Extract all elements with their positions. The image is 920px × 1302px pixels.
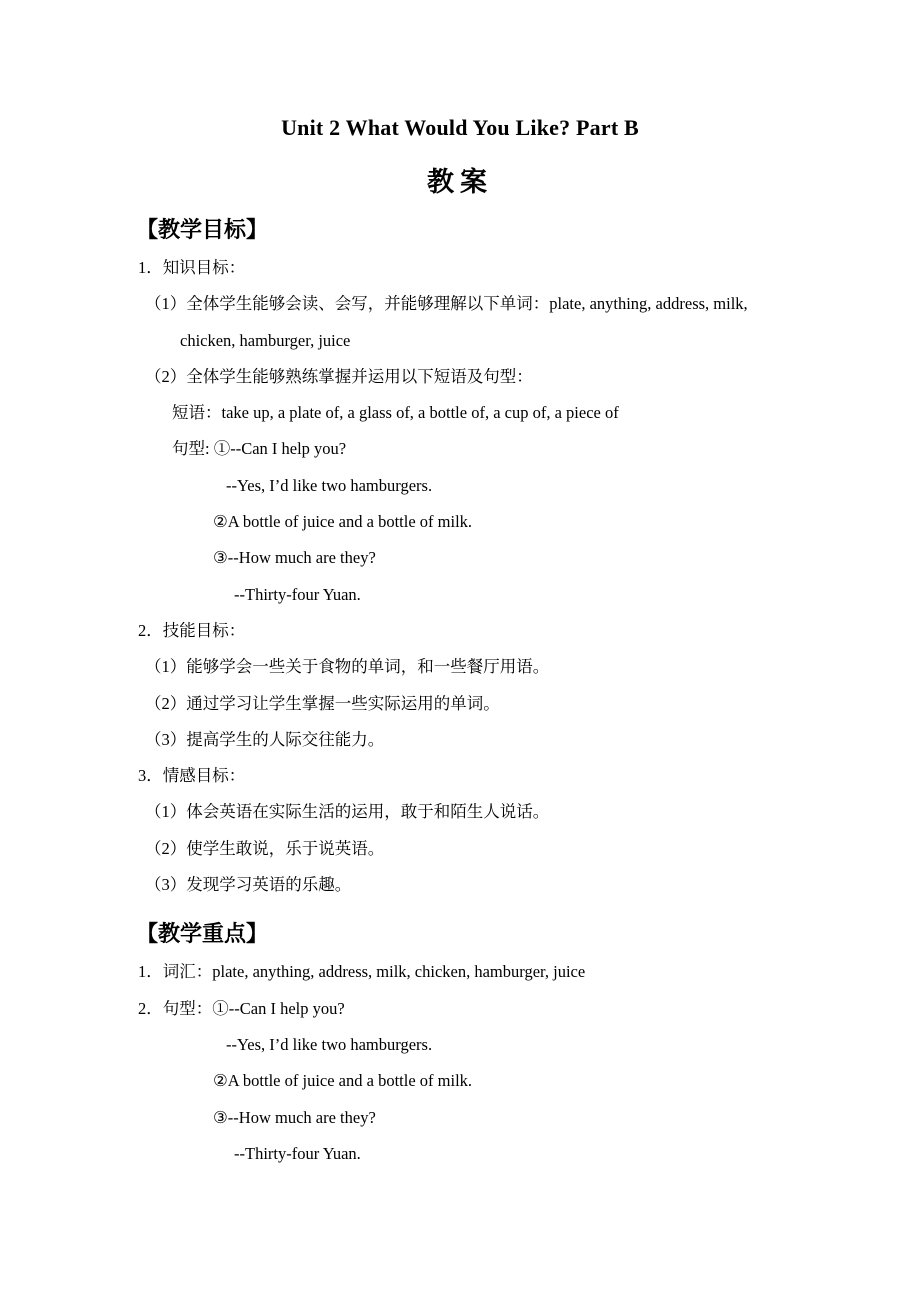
document-line: （2）通过学习让学生掌握一些实际运用的单词。 <box>0 686 920 722</box>
document-body: 【教学目标】1．知识目标：（1）全体学生能够会读、会写，并能够理解以下单词：pl… <box>0 214 920 1172</box>
document-line: ②A bottle of juice and a bottle of milk. <box>0 504 920 540</box>
document-line: --Thirty-four Yuan. <box>0 577 920 613</box>
document-page: Unit 2 What Would You Like? Part B 教案 【教… <box>0 0 920 1302</box>
document-line: （3）提高学生的人际交往能力。 <box>0 722 920 758</box>
document-line: 1．词汇：plate, anything, address, milk, chi… <box>0 954 920 990</box>
document-line: chicken, hamburger, juice <box>0 323 920 359</box>
document-line: --Yes, I’d like two hamburgers. <box>0 468 920 504</box>
document-line: （3）发现学习英语的乐趣。 <box>0 867 920 903</box>
document-line: 句型: ①--Can I help you? <box>0 431 920 467</box>
document-line: ③--How much are they? <box>0 540 920 576</box>
section: 【教学重点】1．词汇：plate, anything, address, mil… <box>0 918 920 1172</box>
section-lines: 1．知识目标：（1）全体学生能够会读、会写，并能够理解以下单词：plate, a… <box>0 250 920 903</box>
document-line: 3．情感目标： <box>0 758 920 794</box>
document-line: （2）使学生敢说，乐于说英语。 <box>0 831 920 867</box>
section-heading: 【教学目标】 <box>0 214 920 245</box>
document-line: 2．句型：①--Can I help you? <box>0 991 920 1027</box>
document-line: （1）全体学生能够会读、会写，并能够理解以下单词：plate, anything… <box>0 286 920 322</box>
document-line: ②A bottle of juice and a bottle of milk. <box>0 1063 920 1099</box>
document-line: （2）全体学生能够熟练掌握并运用以下短语及句型： <box>0 359 920 395</box>
document-line: （1）体会英语在实际生活的运用，敢于和陌生人说话。 <box>0 794 920 830</box>
section-lines: 1．词汇：plate, anything, address, milk, chi… <box>0 954 920 1172</box>
document-line: （1）能够学会一些关于食物的单词，和一些餐厅用语。 <box>0 649 920 685</box>
document-line: 1．知识目标： <box>0 250 920 286</box>
document-title: Unit 2 What Would You Like? Part B <box>0 0 920 142</box>
document-line: 短语：take up, a plate of, a glass of, a bo… <box>0 395 920 431</box>
section: 【教学目标】1．知识目标：（1）全体学生能够会读、会写，并能够理解以下单词：pl… <box>0 214 920 903</box>
document-line: ③--How much are they? <box>0 1100 920 1136</box>
document-subtitle: 教案 <box>0 165 920 199</box>
section-heading: 【教学重点】 <box>0 918 920 949</box>
document-line: --Yes, I’d like two hamburgers. <box>0 1027 920 1063</box>
document-line: 2．技能目标： <box>0 613 920 649</box>
document-line: --Thirty-four Yuan. <box>0 1136 920 1172</box>
